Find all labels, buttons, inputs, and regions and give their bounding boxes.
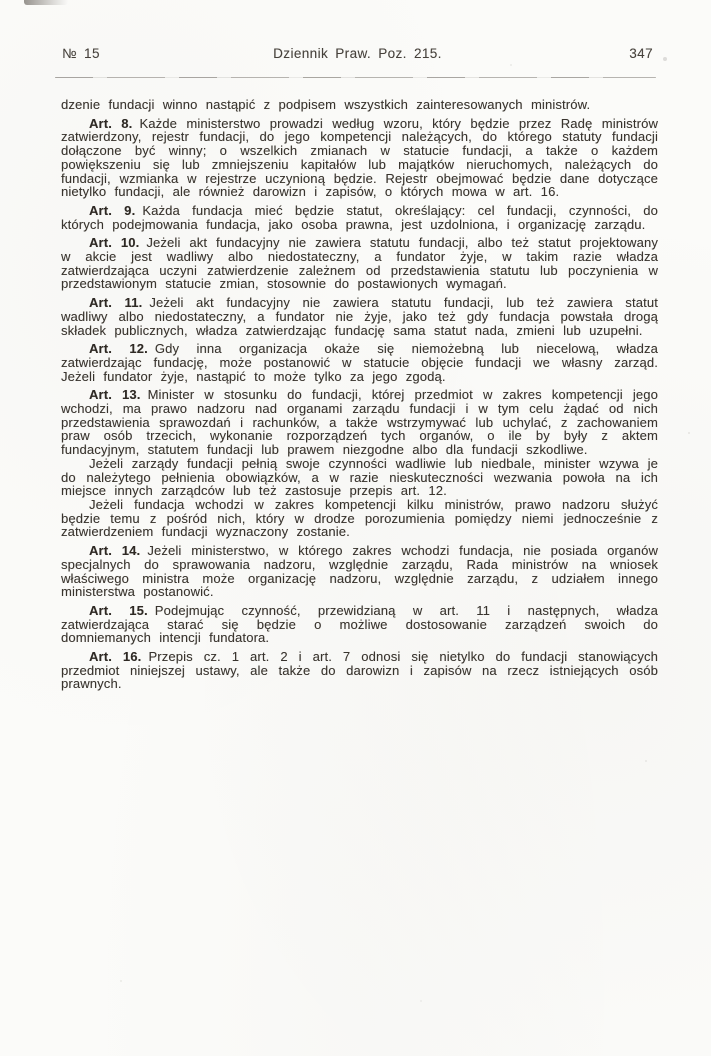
article-12-paragraph: Art. 12.Gdy inna organizacja okaże się n… — [61, 342, 658, 383]
paragraph-text: Jeżeli zarządy fundacji pełnią swoje czy… — [61, 456, 658, 498]
article-11-paragraph: Art. 11.Jeżeli akt fundacyjny nie zawier… — [61, 296, 658, 337]
journal-title: Dziennik Praw. Poz. 215. — [273, 46, 442, 61]
article-8-paragraph: Art. 8.Każde ministerstwo prowadzi wedłu… — [61, 117, 658, 199]
page-number: 347 — [629, 46, 653, 61]
paragraph-text: Minister w stosunku do fundacji, której … — [61, 387, 658, 457]
scan-artifact-specks — [0, 0, 2, 2]
page-header: № 15 Dziennik Praw. Poz. 215. 347 — [62, 46, 653, 64]
article-16-paragraph: Art. 16.Przepis cz. 1 art. 2 i art. 7 od… — [61, 650, 658, 691]
document-body: dzenie fundacji winno nastąpić z podpise… — [61, 98, 658, 691]
article-13-subparagraph-1: Jeżeli zarządy fundacji pełnią swoje czy… — [61, 457, 658, 498]
header-divider — [55, 77, 656, 78]
article-13-subparagraph-2: Jeżeli fundacja wchodzi w zakres kompete… — [61, 498, 658, 539]
article-9-paragraph: Art. 9.Każda fundacja mieć będzie statut… — [61, 204, 658, 231]
paragraph-continuation: dzenie fundacji winno nastąpić z podpise… — [61, 98, 658, 112]
paragraph-text: dzenie fundacji winno nastąpić z podpise… — [61, 97, 590, 112]
paragraph-text: Podejmując czynność, przewidzianą w art.… — [61, 603, 658, 645]
article-10-paragraph: Art. 10.Jeżeli akt fundacyjny nie zawier… — [61, 236, 658, 291]
paragraph-text: Jeżeli akt fundacyjny nie zawiera statut… — [61, 295, 658, 337]
article-13-paragraph: Art. 13.Minister w stosunku do fundacji,… — [61, 388, 658, 457]
scanned-document-page: № 15 Dziennik Praw. Poz. 215. 347 dzenie… — [0, 0, 711, 1056]
issue-number: № 15 — [62, 46, 100, 61]
paragraph-text: Jeżeli fundacja wchodzi w zakres kompete… — [61, 497, 658, 539]
paragraph-text: Każde ministerstwo prowadzi według wzoru… — [61, 116, 658, 200]
paragraph-text: Jeżeli akt fundacyjny nie zawiera statut… — [61, 235, 658, 291]
paragraph-text: Przepis cz. 1 art. 2 i art. 7 odnosi się… — [61, 649, 658, 691]
paragraph-text: Każda fundacja mieć będzie statut, okreś… — [61, 203, 658, 232]
scan-artifact-smudge — [24, 0, 68, 5]
paragraph-text: Gdy inna organizacja okaże się niemożebn… — [61, 341, 658, 383]
article-14-paragraph: Art. 14.Jeżeli ministerstwo, w którego z… — [61, 544, 658, 599]
paragraph-text: Jeżeli ministerstwo, w którego zakres wc… — [61, 543, 658, 599]
article-15-paragraph: Art. 15.Podejmując czynność, przewidzian… — [61, 604, 658, 645]
